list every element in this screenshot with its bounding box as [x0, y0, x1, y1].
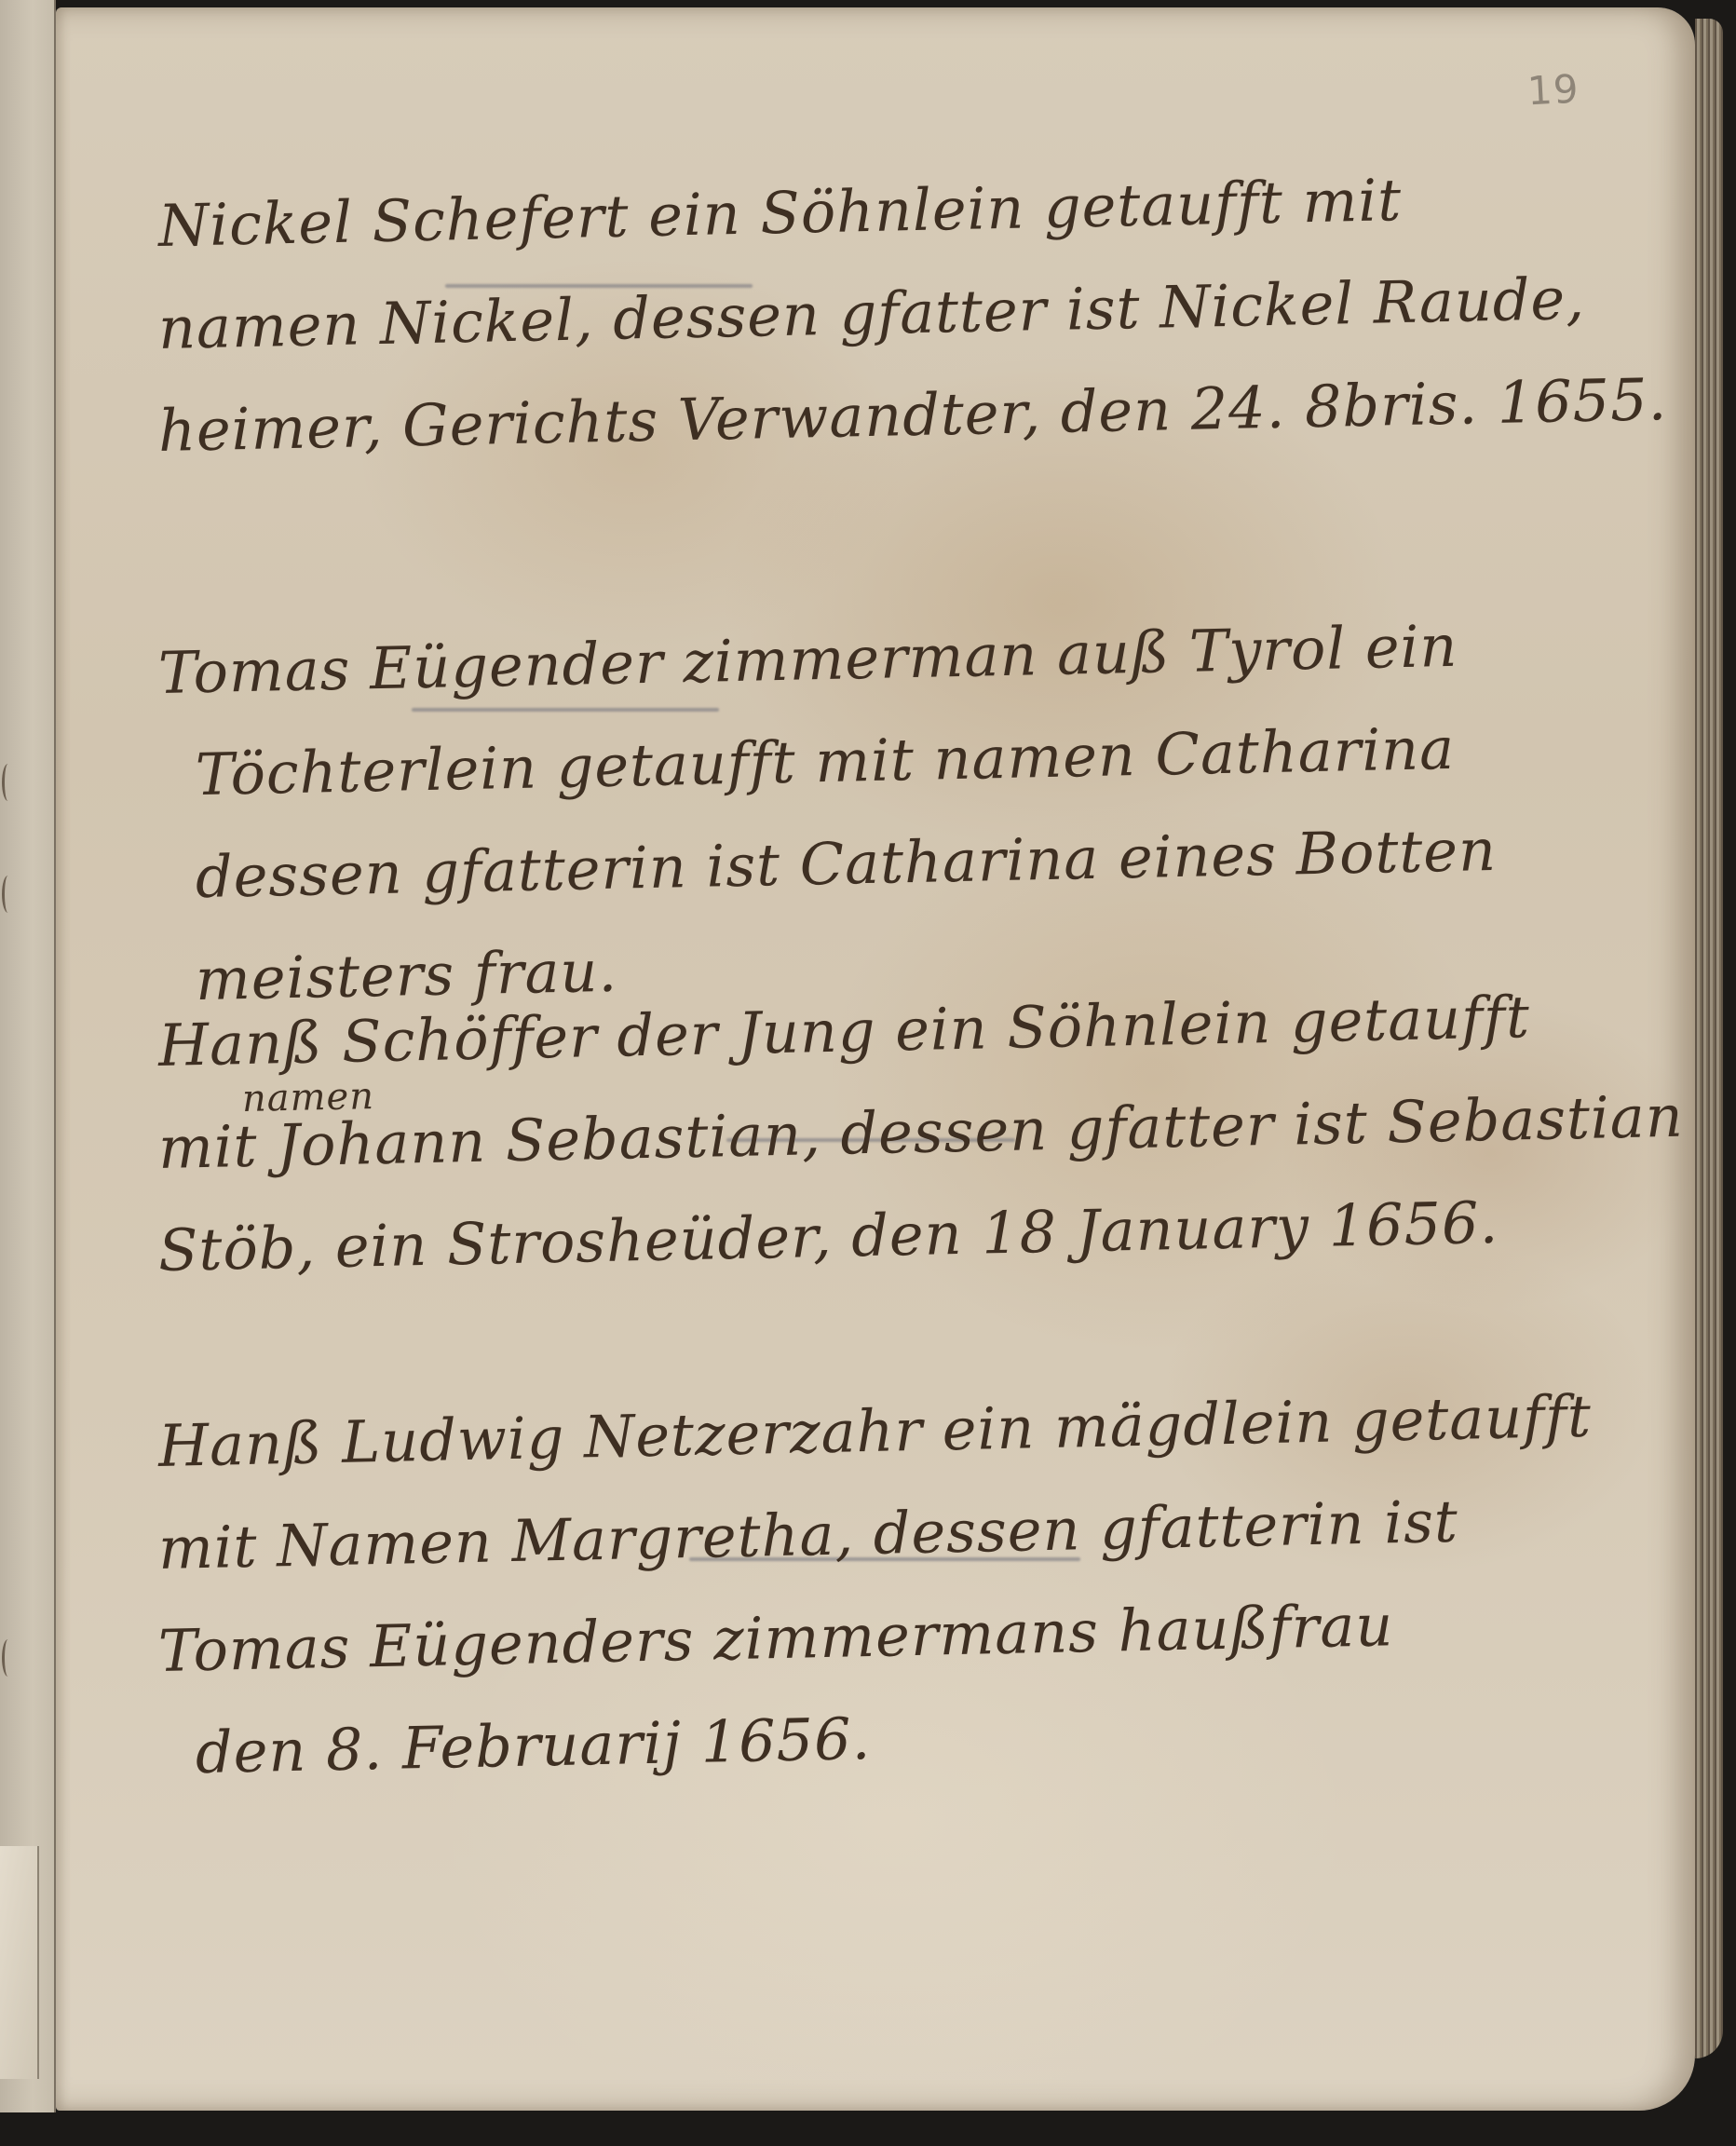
previous-page-edge: [0, 0, 56, 2112]
baptism-entry-1: Nickel Schefert ein Söhnlein getaufft mi…: [158, 175, 1686, 482]
ink-fragment-mark: [2, 876, 14, 913]
ink-fragment-mark: [2, 1639, 14, 1677]
baptism-entry-3: Hanß Schöffer der Jung ein Söhnlein geta…: [158, 995, 1686, 1302]
page-number: 19: [1526, 66, 1580, 115]
scanned-register-page: 19 Nickel Schefert ein Söhnlein getaufft…: [0, 0, 1736, 2146]
page-stack-edge: [1695, 19, 1723, 2058]
ink-fragment-mark: [2, 764, 14, 801]
baptism-entry-4: Hanß Ludwig Netzerzahr ein mägdlein geta…: [158, 1395, 1686, 1805]
folded-paper-slip: [0, 1846, 39, 2079]
